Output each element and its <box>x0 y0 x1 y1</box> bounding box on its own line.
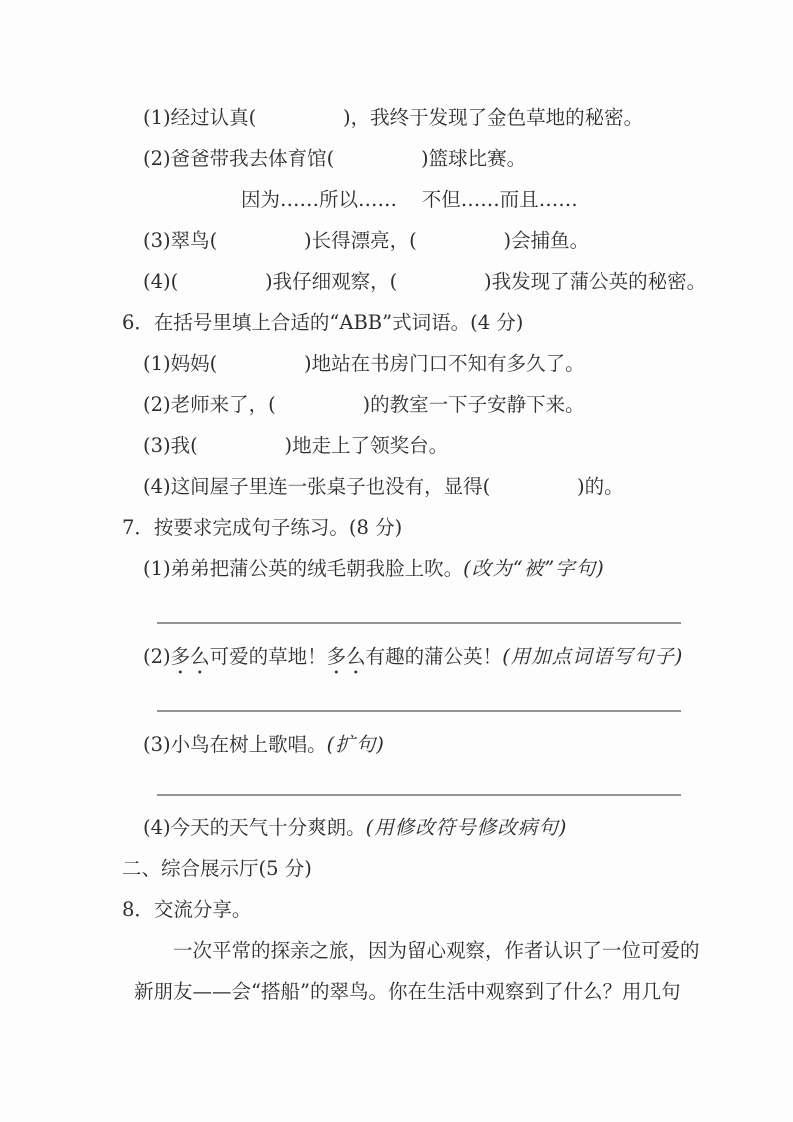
item-text: 有趣的蒲公英！ <box>366 645 503 668</box>
item-text: 可爱的草地！ <box>210 645 327 668</box>
q6-item-4: (4)这间屋子里连一张桌子也没有，显得( )的。 <box>143 466 723 507</box>
q6-item-3: (3)我( )地走上了领奖台。 <box>143 425 723 466</box>
instruction-note: (用修改符号修改病句) <box>366 816 568 839</box>
q5-item-4: (4)( )我仔细观察，( )我发现了蒲公英的秘密。 <box>143 261 723 302</box>
q7-item-1: (1)弟弟把蒲公英的绒毛朝我脸上吹。(改为“被”字句) <box>143 548 723 589</box>
answer-blank-line-1 <box>157 622 681 624</box>
item-number: (3) <box>143 434 171 457</box>
q5-word-bank: 因为……所以…… 不但……而且…… <box>241 179 723 220</box>
item-text: 我( )地走上了领奖台。 <box>171 434 449 457</box>
q7-title: 7．按要求完成句子练习。(8 分) <box>122 507 723 548</box>
item-text: 今天的天气十分爽朗。 <box>171 816 366 839</box>
item-text: 爸爸带我去体育馆( )篮球比赛。 <box>171 147 527 170</box>
item-text: 这间屋子里连一张桌子也没有，显得( )的。 <box>171 475 624 498</box>
item-number: (1) <box>143 352 171 375</box>
item-text: ( )我仔细观察，( )我发现了蒲公英的秘密。 <box>171 270 707 293</box>
answer-blank-line-2 <box>157 710 681 712</box>
q5-item-2: (2)爸爸带我去体育馆( )篮球比赛。 <box>143 138 723 179</box>
paragraph-text: 新朋友——会“搭船”的翠鸟。你在生活中观察到了什么？用几句 <box>134 980 680 1003</box>
question-title-text: 6．在括号里填上合适的“ABB”式词语。(4 分) <box>122 311 523 334</box>
item-number: (3) <box>143 733 171 756</box>
item-number: (2) <box>143 645 171 668</box>
emphasized-word: 多么 <box>327 645 366 668</box>
q7-item-2: (2)多么可爱的草地！多么有趣的蒲公英！(用加点词语写句子) <box>143 636 723 679</box>
section-title-text: 二、综合展示厅(5 分) <box>122 857 312 880</box>
q8-paragraph-line-1: 一次平常的探亲之旅，因为留心观察，作者认识了一位可爱的 <box>134 930 723 971</box>
item-text: 弟弟把蒲公英的绒毛朝我脸上吹。 <box>171 557 464 580</box>
item-number: (3) <box>143 229 171 252</box>
question-title-text: 7．按要求完成句子练习。(8 分) <box>122 516 402 539</box>
item-number: (4) <box>143 816 171 839</box>
q8-paragraph-line-2: 新朋友——会“搭船”的翠鸟。你在生活中观察到了什么？用几句 <box>134 971 723 1012</box>
item-text: 老师来了，( )的教室一下子安静下来。 <box>171 393 585 416</box>
question-title-text: 8．交流分享。 <box>122 898 251 921</box>
item-text: 翠鸟( )长得漂亮，( )会捕鱼。 <box>171 229 590 252</box>
section2-title: 二、综合展示厅(5 分) <box>122 848 723 889</box>
word-bank-text: 因为……所以…… 不但……而且…… <box>241 188 578 211</box>
q6-title: 6．在括号里填上合适的“ABB”式词语。(4 分) <box>122 302 723 343</box>
q7-item-4: (4)今天的天气十分爽朗。(用修改符号修改病句) <box>143 807 723 848</box>
worksheet-page: (1)经过认真( )，我终于发现了金色草地的秘密。 (2)爸爸带我去体育馆( )… <box>0 0 793 1122</box>
q8-title: 8．交流分享。 <box>122 889 723 930</box>
item-number: (4) <box>143 270 171 293</box>
item-number: (4) <box>143 475 171 498</box>
item-number: (1) <box>143 557 171 580</box>
q5-item-3: (3)翠鸟( )长得漂亮，( )会捕鱼。 <box>143 220 723 261</box>
paragraph-text: 一次平常的探亲之旅，因为留心观察，作者认识了一位可爱的 <box>173 939 700 962</box>
q6-item-1: (1)妈妈( )地站在书房门口不知有多久了。 <box>143 343 723 384</box>
item-number: (2) <box>143 147 171 170</box>
item-number: (1) <box>143 106 171 129</box>
item-text: 小鸟在树上歌唱。 <box>171 733 327 756</box>
item-text: 经过认真( )，我终于发现了金色草地的秘密。 <box>171 106 644 129</box>
instruction-note: (改为“被”字句) <box>463 557 605 580</box>
q5-item-1: (1)经过认真( )，我终于发现了金色草地的秘密。 <box>143 97 723 138</box>
q6-item-2: (2)老师来了，( )的教室一下子安静下来。 <box>143 384 723 425</box>
answer-blank-line-3 <box>157 794 681 796</box>
item-number: (2) <box>143 393 171 416</box>
q7-item-3: (3)小鸟在树上歌唱。(扩句) <box>143 724 723 765</box>
instruction-note: (用加点词语写句子) <box>502 645 683 668</box>
item-text: 妈妈( )地站在书房门口不知有多久了。 <box>171 352 585 375</box>
instruction-note: (扩句) <box>327 733 385 756</box>
emphasized-word: 多么 <box>171 645 210 668</box>
